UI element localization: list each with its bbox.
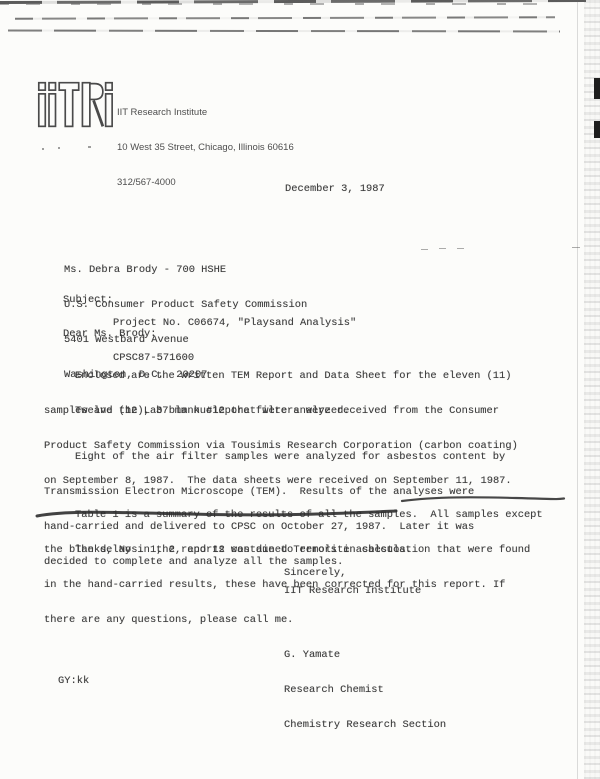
- letterhead-text: IIT Research Institute 10 West 35 Street…: [117, 84, 294, 212]
- paragraph-line: Eight of the air filter samples were ana…: [44, 452, 505, 464]
- scan-dash: [439, 248, 446, 249]
- letterhead-org-name: IIT Research Institute: [117, 107, 294, 119]
- paragraph-line: The delay in the reports was due to erro…: [44, 545, 530, 557]
- paragraph-line: there are any questions, please call me.: [44, 615, 530, 627]
- scan-dash: [457, 248, 464, 249]
- signer-section: Chemistry Research Section: [284, 720, 446, 732]
- paragraph-line: Twelve (12), 37 mm nuclepore filters wer…: [44, 406, 518, 418]
- signer-name: G. Yamate: [284, 650, 446, 662]
- scan-speck: [58, 147, 60, 149]
- subject-label: Subject:: [63, 295, 113, 307]
- scanned-letter-page: IIT Research Institute 10 West 35 Street…: [0, 0, 600, 779]
- reference-initials: GY:kk: [58, 676, 89, 688]
- scan-streak-top-1: [15, 16, 555, 19]
- scan-edge-mark: [594, 78, 600, 99]
- signer-title: Research Chemist: [284, 685, 446, 697]
- scan-edge-mark: [594, 121, 600, 138]
- scan-speck: [42, 148, 44, 150]
- iitri-logo: [36, 80, 114, 135]
- letterhead-phone: 312/567-4000: [117, 177, 294, 189]
- closing-org: IIT Research Institute: [284, 586, 421, 598]
- scan-streak-bottom-2: [0, 3, 560, 5]
- salutation: Dear Ms. Brody:: [63, 329, 157, 341]
- scan-speck: [88, 146, 91, 148]
- scan-edge-noise-strip: [584, 0, 600, 779]
- scan-streak-top-2: [8, 30, 560, 33]
- letterhead-street: 10 West 35 Street, Chicago, Illinois 606…: [117, 142, 294, 154]
- recipient-name: Ms. Debra Brody - 700 HSHE: [64, 265, 307, 277]
- scan-edge-line: [577, 0, 578, 779]
- scan-dash: [421, 249, 428, 250]
- letter-date: December 3, 1987: [285, 184, 385, 196]
- signature-block: G. Yamate Research Chemist Chemistry Res…: [284, 627, 446, 755]
- scan-dash: [572, 247, 580, 248]
- paragraph-line: Table 1 is a summary of the results of a…: [44, 510, 543, 522]
- paragraph-line: Enclosed are the written TEM Report and …: [44, 371, 511, 383]
- closing-sincerely: Sincerely,: [284, 568, 346, 580]
